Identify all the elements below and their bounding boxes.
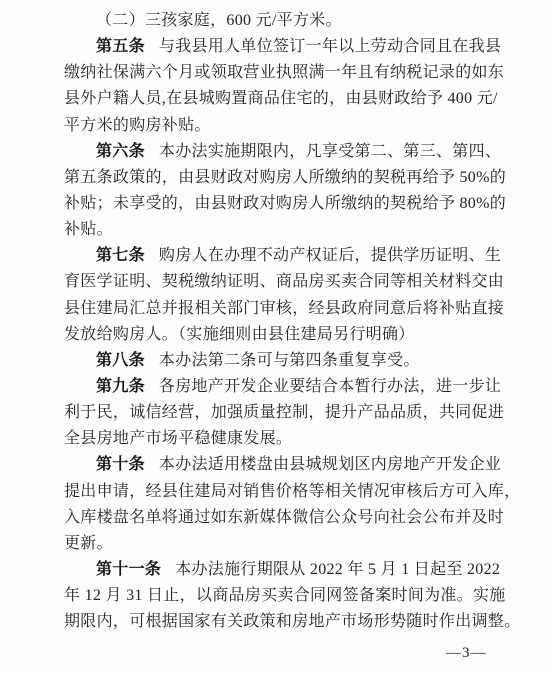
text-line: 发放给购房人。（实施细则由县住建局另行明确）: [64, 322, 506, 348]
line-text: 与我县用人单位签订一年以上劳动合同且在我县: [159, 38, 501, 55]
line-text: 期限内，可根据国家有关政策和房地产市场形势随时作出调整。: [64, 613, 520, 630]
text-line: 第十一条本办法施行期限从 2022 年 5 月 1 日起至 2022: [64, 557, 506, 583]
line-text: 补贴。: [64, 221, 113, 238]
article-number: 第九条: [96, 378, 145, 395]
text-line: 县住建局汇总并报相关部门审核，经县政府同意后将补贴直接: [64, 296, 506, 322]
text-line: 第六条本办法实施期限内，凡享受第二、第三、第四、: [64, 139, 506, 165]
text-line: 补贴。: [64, 217, 506, 243]
document-page: （二）三孩家庭，600 元/平方米。第五条与我县用人单位签订一年以上劳动合同且在…: [0, 0, 553, 674]
line-text: 购房人在办理不动产权证后，提供学历证明、生: [159, 247, 501, 264]
text-line: 第七条购房人在办理不动产权证后，提供学历证明、生: [64, 243, 506, 269]
line-text: 县外户籍人员,在县城购置商品住宅的，由县财政给予 400 元/: [64, 90, 498, 107]
text-line: 平方米的购房补贴。: [64, 113, 506, 139]
line-text: 全县房地产市场平稳健康发展。: [64, 430, 292, 447]
line-text: 第五条政策的，由县财政对购房人所缴纳的契税再给予 50%的: [64, 169, 506, 186]
page-number: —3—: [446, 644, 487, 662]
article-number: 第十条: [96, 456, 145, 473]
line-text: 补贴；未享受的，由县财政对购房人所缴纳的契税给予 80%的: [64, 195, 506, 212]
text-line: 利于民，诚信经营，加强质量控制，提升产品品质，共同促进: [64, 400, 506, 426]
line-text: 入库楼盘名单将通过如东新媒体微信公众号向社会公布并及时: [64, 509, 504, 526]
line-text: 县住建局汇总并报相关部门审核，经县政府同意后将补贴直接: [64, 300, 504, 317]
line-text: 缴纳社保满六个月或领取营业执照满一年且有纳税记录的如东: [64, 64, 504, 81]
line-text: 平方米的购房补贴。: [64, 117, 211, 134]
line-text: 发放给购房人。（实施细则由县住建局另行明确）: [64, 326, 415, 343]
line-text: 年 12 月 31 日止，以商品房买卖合同网签备案时间为准。实施: [64, 587, 506, 604]
text-line: 提出申请，经县住建局对销售价格等相关情况审核后方可入库，: [64, 479, 506, 505]
line-text: 育医学证明、契税缴纳证明、商品房买卖合同等相关材料交由: [64, 273, 504, 290]
text-line: （二）三孩家庭，600 元/平方米。: [64, 8, 506, 34]
article-number: 第七条: [96, 247, 145, 264]
line-text: 本办法适用楼盘由县城规划区内房地产开发企业: [159, 456, 501, 473]
line-text: 各房地产开发企业要结合本暂行办法，进一步让: [159, 378, 501, 395]
text-line: 入库楼盘名单将通过如东新媒体微信公众号向社会公布并及时: [64, 505, 506, 531]
text-line: 缴纳社保满六个月或领取营业执照满一年且有纳税记录的如东: [64, 60, 506, 86]
line-text: 提出申请，经县住建局对销售价格等相关情况审核后方可入库，: [64, 483, 520, 500]
text-line: 育医学证明、契税缴纳证明、商品房买卖合同等相关材料交由: [64, 269, 506, 295]
line-text: 本办法第二条可与第四条重复享受。: [159, 352, 420, 369]
line-text: （二）三孩家庭，600 元/平方米。: [96, 12, 342, 29]
text-line: 全县房地产市场平稳健康发展。: [64, 426, 506, 452]
text-line: 县外户籍人员,在县城购置商品住宅的，由县财政给予 400 元/: [64, 86, 506, 112]
line-text: 本办法施行期限从 2022 年 5 月 1 日起至 2022: [175, 561, 500, 578]
article-number: 第五条: [96, 38, 145, 55]
text-line: 第十条本办法适用楼盘由县城规划区内房地产开发企业: [64, 452, 506, 478]
text-line: 年 12 月 31 日止，以商品房买卖合同网签备案时间为准。实施: [64, 583, 506, 609]
text-line: 第九条各房地产开发企业要结合本暂行办法，进一步让: [64, 374, 506, 400]
text-line: 第八条本办法第二条可与第四条重复享受。: [64, 348, 506, 374]
text-line: 第五条政策的，由县财政对购房人所缴纳的契税再给予 50%的: [64, 165, 506, 191]
article-number: 第十一条: [96, 561, 161, 578]
text-line: 第五条与我县用人单位签订一年以上劳动合同且在我县: [64, 34, 506, 60]
article-number: 第六条: [96, 143, 145, 160]
text-line: 补贴；未享受的，由县财政对购房人所缴纳的契税给予 80%的: [64, 191, 506, 217]
document-body: （二）三孩家庭，600 元/平方米。第五条与我县用人单位签订一年以上劳动合同且在…: [64, 8, 506, 635]
article-number: 第八条: [96, 352, 145, 369]
line-text: 本办法实施期限内，凡享受第二、第三、第四、: [159, 143, 501, 160]
line-text: 更新。: [64, 535, 113, 552]
text-line: 期限内，可根据国家有关政策和房地产市场形势随时作出调整。: [64, 609, 506, 635]
text-line: 更新。: [64, 531, 506, 557]
line-text: 利于民，诚信经营，加强质量控制，提升产品品质，共同促进: [64, 404, 504, 421]
